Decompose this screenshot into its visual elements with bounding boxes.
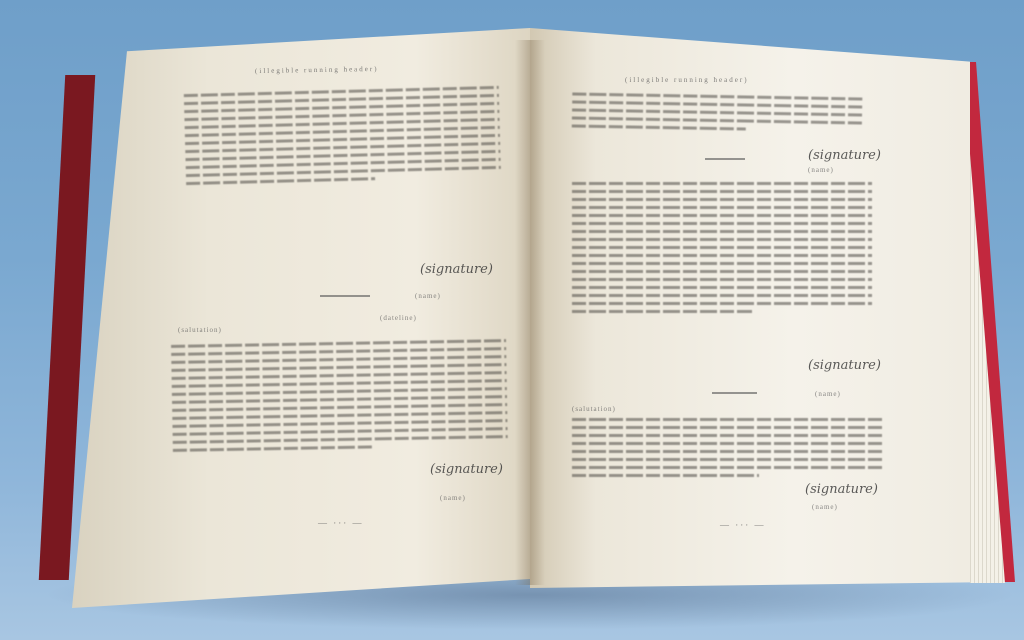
text-line (572, 286, 872, 289)
text-line (572, 426, 884, 429)
left-signature-1: (signature) (420, 262, 493, 277)
text-line (572, 198, 872, 201)
right-page-number: — ··· — (720, 520, 766, 530)
right-text-block-1 (572, 92, 863, 137)
text-line (572, 474, 759, 477)
right-salutation: (salutation) (572, 405, 616, 413)
right-signature-2-name: (name) (815, 390, 841, 398)
text-line (572, 190, 872, 193)
text-line (572, 294, 872, 297)
right-signature-3: (signature) (805, 482, 878, 497)
text-line (572, 246, 872, 249)
text-line (172, 371, 507, 380)
right-signature-1-name: (name) (808, 166, 834, 174)
text-line (572, 238, 872, 241)
text-line (172, 395, 507, 404)
right-signature-2: (signature) (808, 358, 881, 373)
right-rule-1 (705, 158, 745, 160)
text-line (572, 278, 872, 281)
text-line (172, 419, 507, 428)
text-line (572, 116, 862, 124)
text-line (171, 355, 506, 364)
text-line (172, 411, 507, 420)
text-line (572, 442, 884, 445)
right-running-head: (illegible running header) (625, 76, 749, 84)
text-line (572, 124, 746, 130)
right-signature-3-name: (name) (812, 503, 838, 511)
text-line (572, 230, 872, 233)
left-signature-2: (signature) (430, 462, 503, 477)
text-line (572, 254, 872, 257)
text-line (172, 387, 507, 396)
text-line (173, 445, 374, 452)
left-text-block-1 (184, 86, 501, 190)
text-line (572, 214, 872, 217)
left-dateline: (dateline) (380, 314, 417, 322)
left-salutation: (salutation) (178, 326, 222, 334)
text-line (572, 108, 862, 116)
text-line (572, 262, 872, 265)
right-signature-1: (signature) (808, 148, 881, 163)
text-line (572, 434, 884, 437)
right-text-block-3 (572, 418, 884, 482)
text-line (572, 206, 872, 209)
text-line (572, 418, 884, 421)
text-line (572, 270, 872, 273)
right-rule-2 (712, 392, 757, 394)
left-page-number: — ··· — (318, 518, 364, 528)
text-line (572, 100, 862, 108)
text-line (186, 177, 375, 185)
left-rule-1 (320, 295, 370, 297)
text-line (572, 310, 752, 313)
left-signature-2-name: (name) (440, 494, 466, 502)
text-line (171, 347, 506, 356)
text-line (173, 435, 508, 444)
text-line (572, 182, 872, 185)
book-gutter (515, 40, 545, 585)
text-line (173, 427, 508, 436)
text-line (572, 222, 872, 225)
text-line (572, 466, 884, 469)
left-signature-1-name: (name) (415, 292, 441, 300)
text-line (572, 450, 884, 453)
text-line (572, 302, 872, 305)
right-text-block-2 (572, 182, 872, 318)
left-text-block-2 (171, 339, 508, 457)
text-line (172, 379, 507, 388)
text-line (171, 363, 506, 372)
text-line (572, 458, 884, 461)
text-line (172, 403, 507, 412)
